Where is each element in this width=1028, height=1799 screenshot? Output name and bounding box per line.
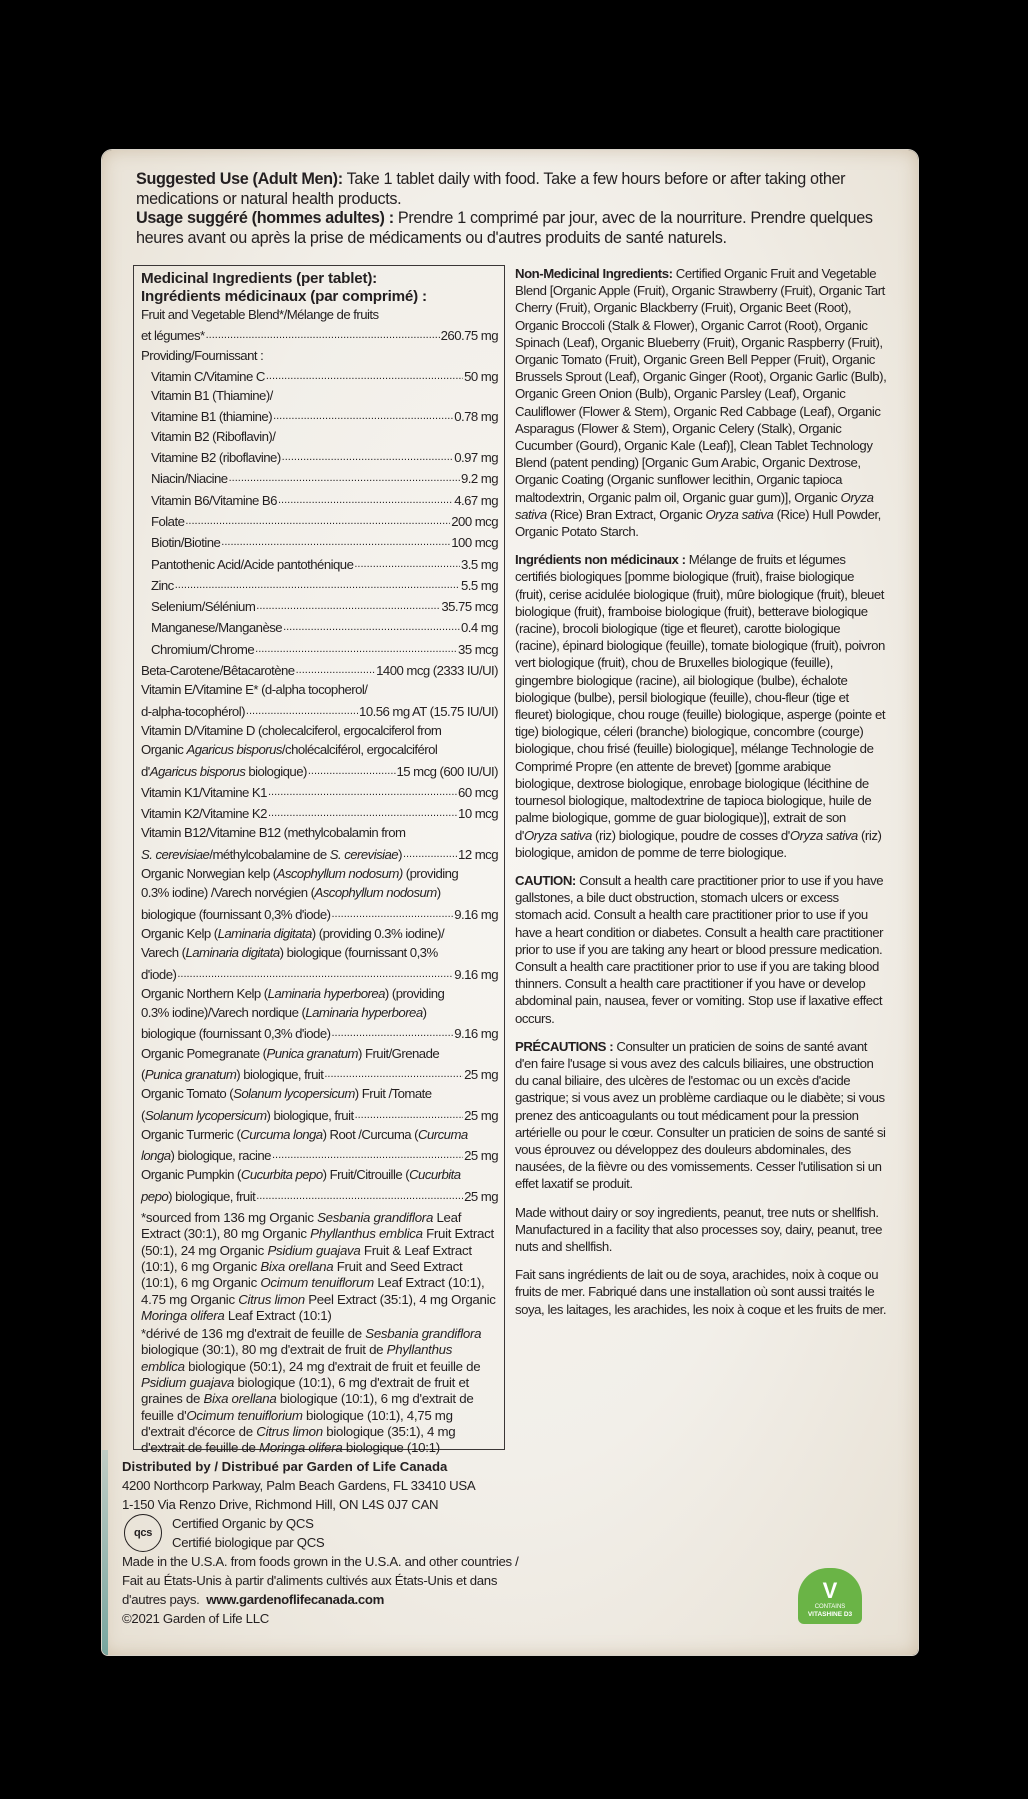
website-link[interactable]: www.gardenoflifecanada.com: [206, 1592, 384, 1607]
ingredient-value: 50 mg: [464, 367, 498, 386]
species-name: Agaricus bisporus: [150, 764, 245, 779]
dot-leader: [185, 510, 450, 531]
species-name: Laminaria hyperborea: [305, 1005, 422, 1020]
provided-ingredient-row: Pantothenic Acid/Acide pantothénique3.5 …: [141, 553, 498, 574]
text: Mélange de fruits et légumes certifiés b…: [515, 552, 885, 842]
cert-en: Certified Organic by QCS: [172, 1514, 324, 1533]
ingredient-value: 10.56 mg AT (15.75 IU/UI): [359, 702, 498, 721]
text: Varech (: [141, 945, 185, 960]
ingredient-value: 9.16 mg: [454, 905, 498, 924]
ingredient-value: 60 mcg: [458, 783, 498, 802]
dot-leader: [266, 365, 463, 386]
ingredient-value: 25 mg: [464, 1187, 498, 1206]
caution-fr: PRÉCAUTIONS : Consulter un praticien de …: [515, 1038, 887, 1193]
vitashine-v-icon: V: [823, 1580, 838, 1602]
species-name: Curcuma longa: [240, 1127, 322, 1142]
species-name: Curcuma: [418, 1127, 468, 1142]
species-name: Punica granatum: [145, 1067, 236, 1082]
dot-leader: [278, 489, 453, 510]
footnote-en: *sourced from 136 mg Organic Sesbania gr…: [141, 1210, 498, 1324]
ingredient-name: Niacin/Niacine: [151, 469, 228, 488]
ingredient-name: d'Agaricus bisporus biologique): [141, 762, 307, 781]
text: biologique): [245, 764, 307, 779]
norwegian-kelp-line1: Organic Norwegian kelp (Ascophyllum nodo…: [141, 864, 498, 883]
ingredient-value: 25 mg: [464, 1146, 498, 1165]
dot-leader: [331, 903, 453, 924]
qcs-text: Certified Organic by QCS Certifié biolog…: [172, 1514, 324, 1552]
kelp-line1: Organic Kelp (Laminaria digitata) (provi…: [141, 924, 498, 943]
ingredient-row-vitamin-k1: Vitamin K1/Vitamine K160 mcg: [141, 781, 498, 802]
dot-leader: [331, 1022, 453, 1043]
text: Organic Norwegian kelp (: [141, 866, 277, 881]
dot-leader: [246, 700, 358, 721]
species-name: Psidium guajava: [141, 1375, 234, 1390]
provided-ingredient-row: Vitamin C/Vitamine C50 mg: [141, 365, 498, 386]
text: ) Fruit/Grenade: [358, 1046, 439, 1061]
ingredient-value: 25 mg: [464, 1106, 498, 1125]
species-name: Solanum lycopersicum: [145, 1108, 267, 1123]
ingredient-name: Folate: [151, 512, 184, 531]
non-medicinal-en: Non-Medicinal Ingredients: Certified Org…: [515, 265, 887, 540]
dot-leader: [272, 1144, 463, 1165]
ingredient-name: et légumes*: [141, 326, 205, 345]
text: Organic Kelp (: [141, 926, 218, 941]
qcs-logo-icon: qcs: [124, 1514, 162, 1552]
ingredient-row-blend: et légumes*260.75 mg: [141, 324, 498, 345]
ingredient-name: biologique (fournissant 0,3% d'iode): [141, 905, 330, 924]
ingredient-value: 260.75 mg: [441, 326, 498, 345]
text: (providing: [403, 866, 459, 881]
provided-ingredient-row: Niacin/Niacine9.2 mg: [141, 467, 498, 488]
ingredient-name: Pantothenic Acid/Acide pantothénique: [151, 555, 353, 574]
suggested-use-fr-label: Usage suggéré (hommes adultes) :: [136, 209, 394, 227]
species-name: Citrus limon: [238, 1292, 305, 1307]
product-label-panel: Suggested Use (Adult Men): Take 1 tablet…: [102, 150, 918, 1655]
text: ): [437, 885, 441, 900]
right-column: Non-Medicinal Ingredients: Certified Org…: [515, 265, 887, 1329]
ingredient-value: 3.5 mg: [461, 555, 498, 574]
species-name: Sesbania grandiflora: [317, 1210, 433, 1225]
ingredient-row-pomegranate: (Punica granatum) biologique, fruit25 mg: [141, 1063, 498, 1084]
species-name: Cucurbita: [409, 1167, 461, 1182]
ingredient-name: Biotin/Biotine: [151, 533, 220, 552]
text: biologique (50:1), 24 mg d'extrait de fr…: [185, 1359, 481, 1374]
text: biologique (30:1), 80 mg d'extrait de fr…: [141, 1342, 387, 1357]
ingredient-name: Vitamine B2 (riboflavine): [151, 448, 281, 467]
ingredient-name: Selenium/Sélénium: [151, 597, 255, 616]
species-name: Solanum lycopersicum: [233, 1086, 355, 1101]
provided-ingredient-row: Vitamine B2 (riboflavine)0.97 mg: [141, 446, 498, 467]
species-name: Psidium guajava: [267, 1243, 360, 1258]
dot-leader: [177, 963, 453, 984]
ingredient-name: Zinc: [151, 576, 174, 595]
text: Organic Turmeric (: [141, 1127, 240, 1142]
text: ) biologique, racine: [171, 1148, 271, 1163]
pomegranate-line1: Organic Pomegranate (Punica granatum) Fr…: [141, 1044, 498, 1063]
distributor-info: Distributed by / Distribué par Garden of…: [122, 1457, 522, 1628]
ingredient-row-turmeric: longa) biologique, racine25 mg: [141, 1144, 498, 1165]
ingredient-name: S. cerevisiae/méthylcobalamine de S. cer…: [141, 845, 402, 864]
blend-line1: Fruit and Vegetable Blend*/Mélange de fr…: [141, 305, 498, 324]
caution-fr-text: Consulter un praticien de soins de santé…: [515, 1039, 885, 1192]
dot-leader: [324, 1063, 463, 1084]
ingredient-name: Manganese/Manganèse: [151, 618, 282, 637]
ingredient-value: 35.75 mcg: [441, 597, 498, 616]
ingredient-name: d-alpha-tocophérol): [141, 702, 245, 721]
species-name: Cucurbita pepo: [241, 1167, 323, 1182]
species-name: longa: [141, 1148, 171, 1163]
species-name: Phyllanthus emblica: [310, 1226, 423, 1241]
ingredient-value: 12 mcg: [458, 845, 498, 864]
dot-leader: [256, 1185, 463, 1206]
caution-en-label: CAUTION:: [515, 873, 576, 888]
ingredient-value: 0.97 mg: [454, 448, 498, 467]
ingredient-name: Vitamin K2/Vitamine K2: [141, 804, 267, 823]
species-name: Citrus limon: [256, 1424, 323, 1439]
text: ) Fruit/Citrouille (: [323, 1167, 409, 1182]
text: Organic Northern Kelp (: [141, 986, 268, 1001]
ingredient-name: (Punica granatum) biologique, fruit: [141, 1065, 323, 1084]
dot-leader: [282, 446, 454, 467]
ingredient-value: 35 mcg: [458, 640, 498, 659]
suggested-use-en-label: Suggested Use (Adult Men):: [136, 170, 343, 188]
medicinal-title-en: Medicinal Ingredients (per tablet):: [141, 270, 498, 288]
text: ) biologique, fruit: [168, 1189, 255, 1204]
allergen-fr: Fait sans ingrédients de lait ou de soya…: [515, 1266, 887, 1318]
ingredient-value: 5.5 mg: [461, 576, 498, 595]
vitashine-d3-badge: V CONTAINS VITASHINE D3: [798, 1568, 862, 1624]
ingredient-row-vitamin-d: d'Agaricus bisporus biologique)15 mcg (6…: [141, 760, 498, 781]
pumpkin-line1: Organic Pumpkin (Cucurbita pepo) Fruit/C…: [141, 1165, 498, 1184]
species-name: Sesbania grandiflora: [365, 1326, 481, 1341]
provided-ingredient-row: Zinc5.5 mg: [141, 574, 498, 595]
dot-leader: [273, 405, 453, 426]
tomato-line1: Organic Tomato (Solanum lycopersicum) Fr…: [141, 1084, 498, 1103]
dot-leader: [268, 781, 457, 802]
ingredient-row-northern-kelp: biologique (fournissant 0,3% d'iode)9.16…: [141, 1022, 498, 1043]
caution-en: CAUTION: Consult a health care practitio…: [515, 872, 887, 1027]
species-name: Ascophyllum nodosum): [277, 866, 403, 881]
ingredient-row-beta-carotene: Beta-Carotene/Bêtacarotène1400 mcg (2333…: [141, 659, 498, 680]
species-name: Oryza sativa: [790, 828, 858, 843]
ingredient-value: 9.2 mg: [461, 469, 498, 488]
footnotes: *sourced from 136 mg Organic Sesbania gr…: [141, 1210, 498, 1456]
address-ca: 1-150 Via Renzo Drive, Richmond Hill, ON…: [122, 1495, 522, 1514]
dot-leader: [308, 760, 396, 781]
provided-ingredient-row: Folate200 mcg: [141, 510, 498, 531]
text: ) (providing 0.3% iodine)/: [312, 926, 444, 941]
caution-en-text: Consult a health care practitioner prior…: [515, 873, 883, 1026]
dot-leader: [354, 553, 460, 574]
ingredient-name: biologique (fournissant 0,3% d'iode): [141, 1024, 330, 1043]
text: (Rice) Bran Extract, Organic: [547, 507, 706, 522]
text: 0.3% iodine)/Varech nordique (: [141, 1005, 305, 1020]
caution-fr-label: PRÉCAUTIONS :: [515, 1039, 613, 1054]
kelp-line2: Varech (Laminaria digitata) biologique (…: [141, 943, 498, 962]
dot-leader: [175, 574, 460, 595]
dot-leader: [268, 802, 457, 823]
dot-leader: [403, 843, 457, 864]
text: /cholécalciférol, ergocalciférol: [282, 742, 437, 757]
non-medicinal-fr-label: Ingrédients non médicinaux :: [515, 552, 686, 567]
text: ) biologique, fruit: [236, 1067, 323, 1082]
provided-ingredient-row: Vitamin B6/Vitamine B64.67 mg: [141, 489, 498, 510]
badge-line2: VITASHINE D3: [808, 1611, 852, 1619]
ingredient-row-pumpkin: pepo) biologique, fruit25 mg: [141, 1185, 498, 1206]
ingredient-name: Chromium/Chrome: [151, 640, 254, 659]
northern-kelp-line2: 0.3% iodine)/Varech nordique (Laminaria …: [141, 1003, 498, 1022]
ingredient-name: Vitamin C/Vitamine C: [151, 367, 265, 386]
dot-leader: [256, 595, 440, 616]
ingredient-value: 1400 mcg (2333 IU/UI): [376, 661, 498, 680]
ingredient-value: 9.16 mg: [454, 965, 498, 984]
suggested-use: Suggested Use (Adult Men): Take 1 tablet…: [136, 170, 906, 248]
text: 0.3% iodine) /Varech norvégien (: [141, 885, 314, 900]
ingredient-row-vitamin-b12: S. cerevisiae/méthylcobalamine de S. cer…: [141, 843, 498, 864]
text: ) Root /Curcuma (: [323, 1127, 418, 1142]
provided-ingredient-row: Selenium/Sélénium35.75 mcg: [141, 595, 498, 616]
text: Organic Tomato (: [141, 1086, 233, 1101]
text: Peel Extract (35:1), 4 mg Organic: [305, 1292, 496, 1307]
text: ) biologique, fruit: [267, 1108, 354, 1123]
turmeric-line1: Organic Turmeric (Curcuma longa) Root /C…: [141, 1125, 498, 1144]
species-name: Oryza sativa: [524, 828, 592, 843]
text: /méthylcobalamine de: [209, 847, 329, 862]
vitamin-e-line1: Vitamin E/Vitamine E* (d-alpha tocophero…: [141, 680, 498, 699]
vitamin-d-line1: Vitamin D/Vitamine D (cholecalciferol, e…: [141, 721, 498, 740]
text: d': [141, 764, 150, 779]
dot-leader: [229, 467, 460, 488]
ingredient-row-vitamin-k2: Vitamin K2/Vitamine K210 mcg: [141, 802, 498, 823]
ingredient-value: 0.78 mg: [454, 407, 498, 426]
ingredient-row-tomato: (Solanum lycopersicum) biologique, fruit…: [141, 1104, 498, 1125]
dot-leader: [221, 531, 450, 552]
non-medicinal-en-label: Non-Medicinal Ingredients:: [515, 266, 673, 281]
dot-leader: [355, 1104, 464, 1125]
badge-line1: CONTAINS: [815, 1604, 846, 1611]
qcs-certification: qcs Certified Organic by QCS Certifié bi…: [122, 1514, 522, 1552]
ingredient-name: Vitamine B1 (thiamine): [151, 407, 272, 426]
ingredient-value: 25 mg: [464, 1065, 498, 1084]
provided-ingredient-row: Biotin/Biotine100 mcg: [141, 531, 498, 552]
species-name: Moringa olifera: [259, 1440, 342, 1455]
text: ): [423, 1005, 427, 1020]
norwegian-kelp-line2: 0.3% iodine) /Varech norvégien (Ascophyl…: [141, 883, 498, 902]
non-medicinal-fr-text: Mélange de fruits et légumes certifiés b…: [515, 552, 885, 859]
species-name: Oryza sativa: [705, 507, 773, 522]
northern-kelp-line1: Organic Northern Kelp (Laminaria hyperbo…: [141, 984, 498, 1003]
text: *dérivé de 136 mg d'extrait de feuille d…: [141, 1326, 365, 1341]
species-name: S. cerevisiae: [141, 847, 209, 862]
ingredient-name: Vitamin B6/Vitamine B6: [151, 491, 277, 510]
species-name: Bixa orellana: [260, 1259, 333, 1274]
species-name: pepo: [141, 1189, 168, 1204]
ingredient-value: 200 mcg: [451, 512, 498, 531]
text: ) biologique (fournissant 0,3%: [280, 945, 438, 960]
species-name: Ascophyllum nodosum: [314, 885, 436, 900]
dot-leader: [206, 324, 440, 345]
suggested-use-en: Suggested Use (Adult Men): Take 1 tablet…: [136, 170, 906, 209]
text: Organic Pomegranate (: [141, 1046, 267, 1061]
allergen-en: Made without dairy or soy ingredients, p…: [515, 1204, 887, 1256]
suggested-use-fr: Usage suggéré (hommes adultes) : Prendre…: [136, 209, 906, 248]
text: *sourced from 136 mg Organic: [141, 1210, 317, 1225]
vitamin-d-line2: Organic Agaricus bisporus/cholécalciféro…: [141, 740, 498, 759]
species-name: Ocimum tenuiflorum: [260, 1275, 374, 1290]
ingredient-row-kelp: d'iode)9.16 mg: [141, 963, 498, 984]
ingredient-value: 10 mcg: [458, 804, 498, 823]
provided-ingredient-line1: Vitamin B2 (Riboflavin)/: [141, 427, 498, 446]
ingredient-name: longa) biologique, racine: [141, 1146, 271, 1165]
text: Organic: [141, 742, 186, 757]
provided-ingredient-line1: Vitamin B1 (Thiamine)/: [141, 386, 498, 405]
ingredient-name: (Solanum lycopersicum) biologique, fruit: [141, 1106, 354, 1125]
text: ) (providing: [385, 986, 444, 1001]
text: (riz) biologique, poudre de cosses d': [592, 828, 790, 843]
species-name: Moringa olifera: [141, 1308, 224, 1323]
dot-leader: [255, 638, 457, 659]
ingredient-value: 100 mcg: [451, 533, 498, 552]
text: ) Fruit /Tomate: [355, 1086, 432, 1101]
copyright: ©2021 Garden of Life LLC: [122, 1609, 522, 1628]
provided-list: Vitamin C/Vitamine C50 mgVitamin B1 (Thi…: [141, 365, 498, 659]
ingredient-row-norwegian-kelp: biologique (fournissant 0,3% d'iode)9.16…: [141, 903, 498, 924]
non-medicinal-fr: Ingrédients non médicinaux : Mélange de …: [515, 551, 887, 861]
non-medicinal-en-text: Certified Organic Fruit and Vegetable Bl…: [515, 266, 886, 539]
vitamin-b12-line1: Vitamin B12/Vitamine B12 (methylcobalami…: [141, 823, 498, 842]
species-name: Laminaria hyperborea: [268, 986, 385, 1001]
made-in: Made in the U.S.A. from foods grown in t…: [122, 1552, 522, 1609]
species-name: Bixa orellana: [204, 1391, 277, 1406]
text: ): [398, 847, 402, 862]
text: Leaf Extract (10:1): [224, 1308, 331, 1323]
provided-ingredient-row: Manganese/Manganèse0.4 mg: [141, 616, 498, 637]
species-name: Punica granatum: [267, 1046, 358, 1061]
ingredient-row-vitamin-e: d-alpha-tocophérol)10.56 mg AT (15.75 IU…: [141, 700, 498, 721]
species-name: Agaricus bisporus: [186, 742, 281, 757]
species-name: S. cerevisiae: [330, 847, 398, 862]
ingredient-value: 4.67 mg: [454, 491, 498, 510]
ingredient-name: Vitamin K1/Vitamine K1: [141, 783, 267, 802]
footnote-fr: *dérivé de 136 mg d'extrait de feuille d…: [141, 1326, 498, 1456]
species-name: Ocimum tenuiflorium: [186, 1408, 302, 1423]
ingredient-value: 9.16 mg: [454, 1024, 498, 1043]
provided-ingredient-row: Chromium/Chrome35 mcg: [141, 638, 498, 659]
medicinal-title-fr: Ingrédients médicinaux (par comprimé) :: [141, 288, 498, 306]
text: Certified Organic Fruit and Vegetable Bl…: [515, 266, 886, 505]
dot-leader: [283, 616, 460, 637]
provided-ingredient-row: Vitamine B1 (thiamine)0.78 mg: [141, 405, 498, 426]
text: biologique (10:1): [343, 1440, 440, 1455]
address-us: 4200 Northcorp Parkway, Palm Beach Garde…: [122, 1476, 522, 1495]
species-name: Laminaria digitata: [185, 945, 279, 960]
ingredient-name: Beta-Carotene/Bêtacarotène: [141, 661, 295, 680]
text: Organic Pumpkin (: [141, 1167, 241, 1182]
ingredient-value: 15 mcg (600 IU/UI): [397, 762, 499, 781]
cert-fr: Certifié biologique par QCS: [172, 1533, 324, 1552]
dot-leader: [296, 659, 376, 680]
medicinal-ingredients-box: Medicinal Ingredients (per tablet): Ingr…: [133, 265, 505, 1450]
providing-label: Providing/Fournissant :: [141, 346, 498, 365]
species-name: Laminaria digitata: [218, 926, 312, 941]
ingredient-name: pepo) biologique, fruit: [141, 1187, 255, 1206]
ingredient-value: 0.4 mg: [461, 618, 498, 637]
distributor-heading: Distributed by / Distribué par Garden of…: [122, 1457, 522, 1476]
ingredient-name: d'iode): [141, 965, 176, 984]
